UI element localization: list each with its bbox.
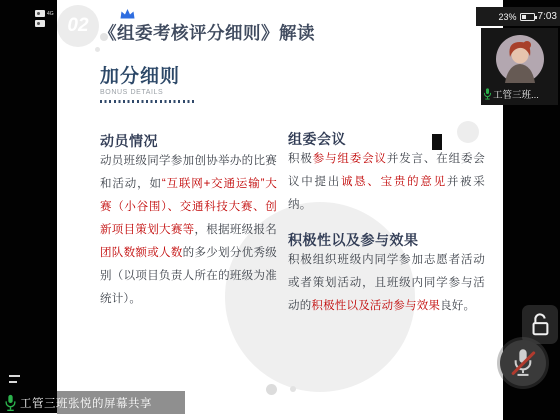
mic-mute-button[interactable] (500, 340, 546, 386)
slide-deco-dot (100, 33, 108, 41)
participant-video-thumbnail[interactable]: 工管三班... (481, 28, 558, 105)
slide-deco-dot (266, 384, 277, 395)
dotted-divider (100, 100, 194, 103)
participant-name: 工管三班... (493, 87, 539, 101)
slide-deco-circle-mid (457, 121, 479, 143)
share-banner-text: 工管三班张悦的屏幕共享 (20, 395, 152, 411)
avatar (496, 35, 544, 83)
block-body-participation-effect: 积极组织班级内同学参加志愿者活动或者策划活动，且班级内同学参与活动的积极性以及活… (288, 249, 485, 318)
sim1-icon (35, 10, 45, 17)
block-body-mobilization: 动员班级同学参加创协举办的比赛和活动，如“互联网+交通运输”大赛（小谷围）、交通… (100, 150, 277, 311)
sim2-icon (35, 20, 45, 27)
unlock-icon (528, 312, 552, 338)
clock: 7:03 (538, 11, 557, 22)
cursor-artifact (432, 134, 442, 150)
share-mic-icon (4, 394, 17, 412)
mic-on-icon (483, 88, 492, 100)
screen-share-banner: 工管三班张悦的屏幕共享 (4, 391, 152, 414)
battery-percent: 23% (499, 12, 517, 22)
block-body-committee-meeting: 积极参与组委会议并发言、在组委会议中提出诚恳、宝贵的意见并被采纳。 (288, 148, 485, 217)
sim-status: 4G (35, 10, 54, 30)
network-type: 4G (47, 11, 54, 17)
lock-button[interactable] (522, 305, 558, 344)
section-heading: 加分细则 (100, 61, 180, 88)
overflow-dashes (9, 375, 20, 387)
block-heading-participation-effect: 积极性以及参与效果 (288, 230, 419, 250)
letterbox-left (0, 0, 57, 413)
battery-icon (520, 13, 535, 21)
slide-step-number: 02 (57, 5, 99, 47)
block-heading-mobilization: 动员情况 (100, 131, 158, 151)
slide-title: 《组委考核评分细则》解读 (99, 20, 315, 45)
slide-deco-dot (95, 47, 100, 52)
status-bar-right: 23% 7:03 (476, 7, 560, 26)
section-subheading: BONUS DETAILS (100, 89, 163, 96)
block-heading-committee-meeting: 组委会议 (288, 129, 346, 149)
video-call-screen: 02 《组委考核评分细则》解读 加分细则 BONUS DETAILS 动员情况 … (0, 0, 560, 420)
slide-deco-dot (290, 386, 296, 392)
